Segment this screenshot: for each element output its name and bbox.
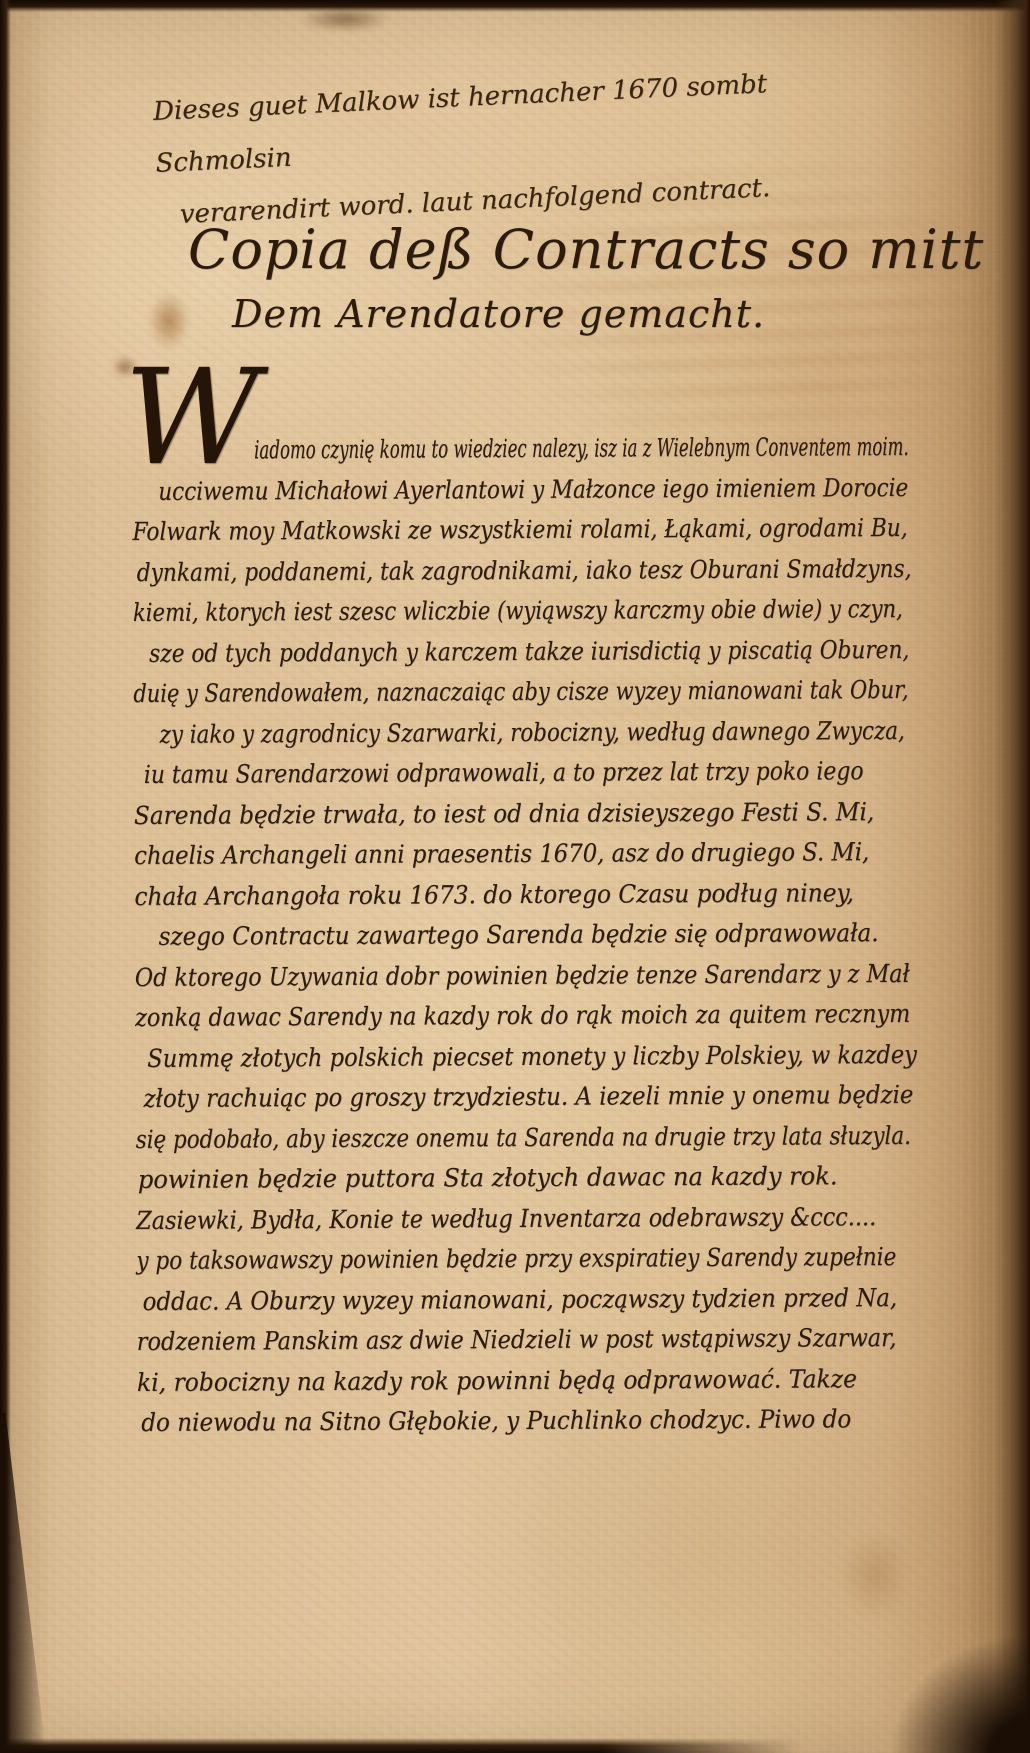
manuscript-line: się podobało, aby ieszcze onemu ta Saren…	[136, 1120, 926, 1165]
title-line: Copia deß Contracts so mitt	[188, 218, 984, 281]
manuscript-line: kiemi, ktorych iest szesc wliczbie (wyią…	[133, 594, 923, 639]
manuscript-photo: Dieses guet Malkow ist hernacher 1670 so…	[0, 0, 1030, 1753]
manuscript-line: Zasiewki, Bydła, Konie te według Inventa…	[136, 1201, 926, 1246]
manuscript-line: oddac. A Oburzy wyzey mianowani, począws…	[136, 1282, 926, 1327]
manuscript-line: y po taksowawszy powinien będzie przy ex…	[136, 1242, 926, 1287]
manuscript-line: ucciwemu Michałowi Ayerlantowi y Małzonc…	[132, 472, 922, 517]
binding-corner-bottom-right	[890, 1633, 1030, 1753]
binding-edge-top	[0, 0, 1030, 12]
gutter-shadow-right	[996, 0, 1030, 1753]
manuscript-line: Od ktorego Uzywania dobr powinien będzie…	[135, 958, 925, 1003]
manuscript-line: Folwark moy Matkowski ze wszystkiemi rol…	[132, 513, 922, 558]
manuscript-line: iu tamu Sarendarzowi odprawowali, a to p…	[134, 756, 924, 801]
manuscript-line: chała Archangoła roku 1673. do ktorego C…	[134, 877, 924, 922]
manuscript-line: szego Contractu zawartego Sarenda będzie…	[135, 918, 925, 963]
manuscript-line: rodzeniem Panskim asz dwie Niedzieli w p…	[137, 1323, 927, 1368]
manuscript-line: złoty rachuiąc po groszy trzydziestu. A …	[135, 1080, 925, 1125]
manuscript-line: iadomo czynię komu to wiedziec nalezy, i…	[132, 432, 922, 477]
manuscript-line: duię y Sarendowałem, naznaczaiąc aby cis…	[133, 675, 923, 720]
manuscript-line: Sarenda będzie trwała, to iest od dnia d…	[134, 796, 924, 841]
manuscript-line: chaelis Archangeli anni praesentis 1670,…	[134, 837, 924, 882]
manuscript-line: sze od tych poddanych y karczem takze iu…	[133, 634, 923, 679]
manuscript-line: powinien będzie puttora Sta złotych dawa…	[136, 1161, 926, 1206]
manuscript-line: zy iako y zagrodnicy Szarwarki, robocizn…	[133, 715, 923, 760]
body-text: iadomo czynię komu to wiedziec nalezy, i…	[132, 432, 927, 1449]
binding-edge-bottom	[0, 1738, 803, 1753]
manuscript-line: dynkami, poddanemi, tak zagrodnikami, ia…	[133, 553, 923, 598]
manuscript-line: zonką dawac Sarendy na kazdy rok do rąk …	[135, 999, 925, 1044]
marginal-annotation: Dieses guet Malkow ist hernacher 1670 so…	[152, 54, 858, 242]
title-line: Dem Arendatore gemacht.	[232, 292, 765, 336]
manuscript-line: do niewodu na Sitno Głębokie, y Puchlink…	[137, 1404, 927, 1449]
manuscript-line: ki, robocizny na kazdy rok powinni będą …	[137, 1363, 927, 1408]
manuscript-line: Summę złotych polskich piecset monety y …	[135, 1039, 925, 1084]
